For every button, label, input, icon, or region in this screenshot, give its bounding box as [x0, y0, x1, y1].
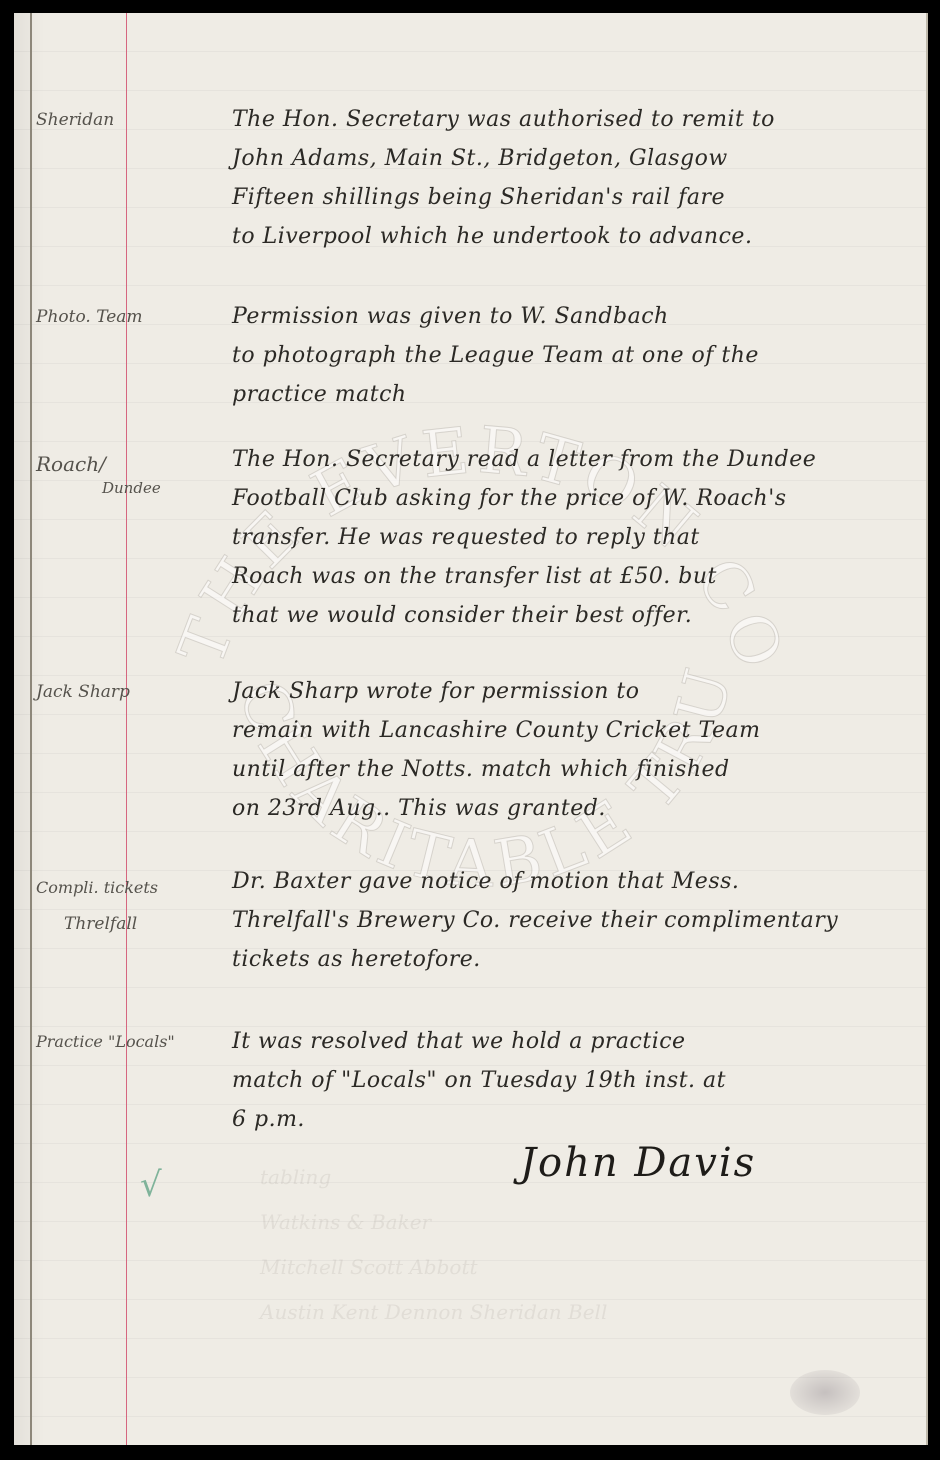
- binding-gutter-line: [30, 13, 32, 1445]
- red-margin-rule: [126, 13, 127, 1445]
- margin-note: Compli. tickets Threlfall: [36, 870, 211, 942]
- show-through-text: Austin Kent Dennon Sheridan Bell: [260, 1300, 860, 1324]
- chairman-signature: John Davis: [520, 1140, 756, 1186]
- margin-note: Jack Sharp: [36, 680, 211, 704]
- entry-text: Dr. Baxter gave notice of motion that Me…: [232, 862, 922, 979]
- show-through-text: Mitchell Scott Abbott: [260, 1255, 860, 1279]
- entry-text: The Hon. Secretary was authorised to rem…: [232, 100, 922, 256]
- entry-text: It was resolved that we hold a practice …: [232, 1022, 922, 1139]
- entry-text: Permission was given to W. Sandbach to p…: [232, 297, 922, 414]
- margin-note: Practice "Locals": [36, 1030, 211, 1054]
- entry-text: The Hon. Secretary read a letter from th…: [232, 440, 922, 635]
- margin-note: Sheridan: [36, 108, 211, 132]
- show-through-text: Watkins & Baker: [260, 1210, 860, 1234]
- paper-stain: [790, 1370, 860, 1415]
- page-right-edge: [926, 13, 928, 1445]
- margin-note: Roach/ Dundee: [36, 452, 211, 500]
- pencil-check-mark-icon: √: [140, 1165, 162, 1205]
- entry-text: Jack Sharp wrote for permission to remai…: [232, 672, 922, 828]
- margin-note: Photo. Team: [36, 305, 211, 329]
